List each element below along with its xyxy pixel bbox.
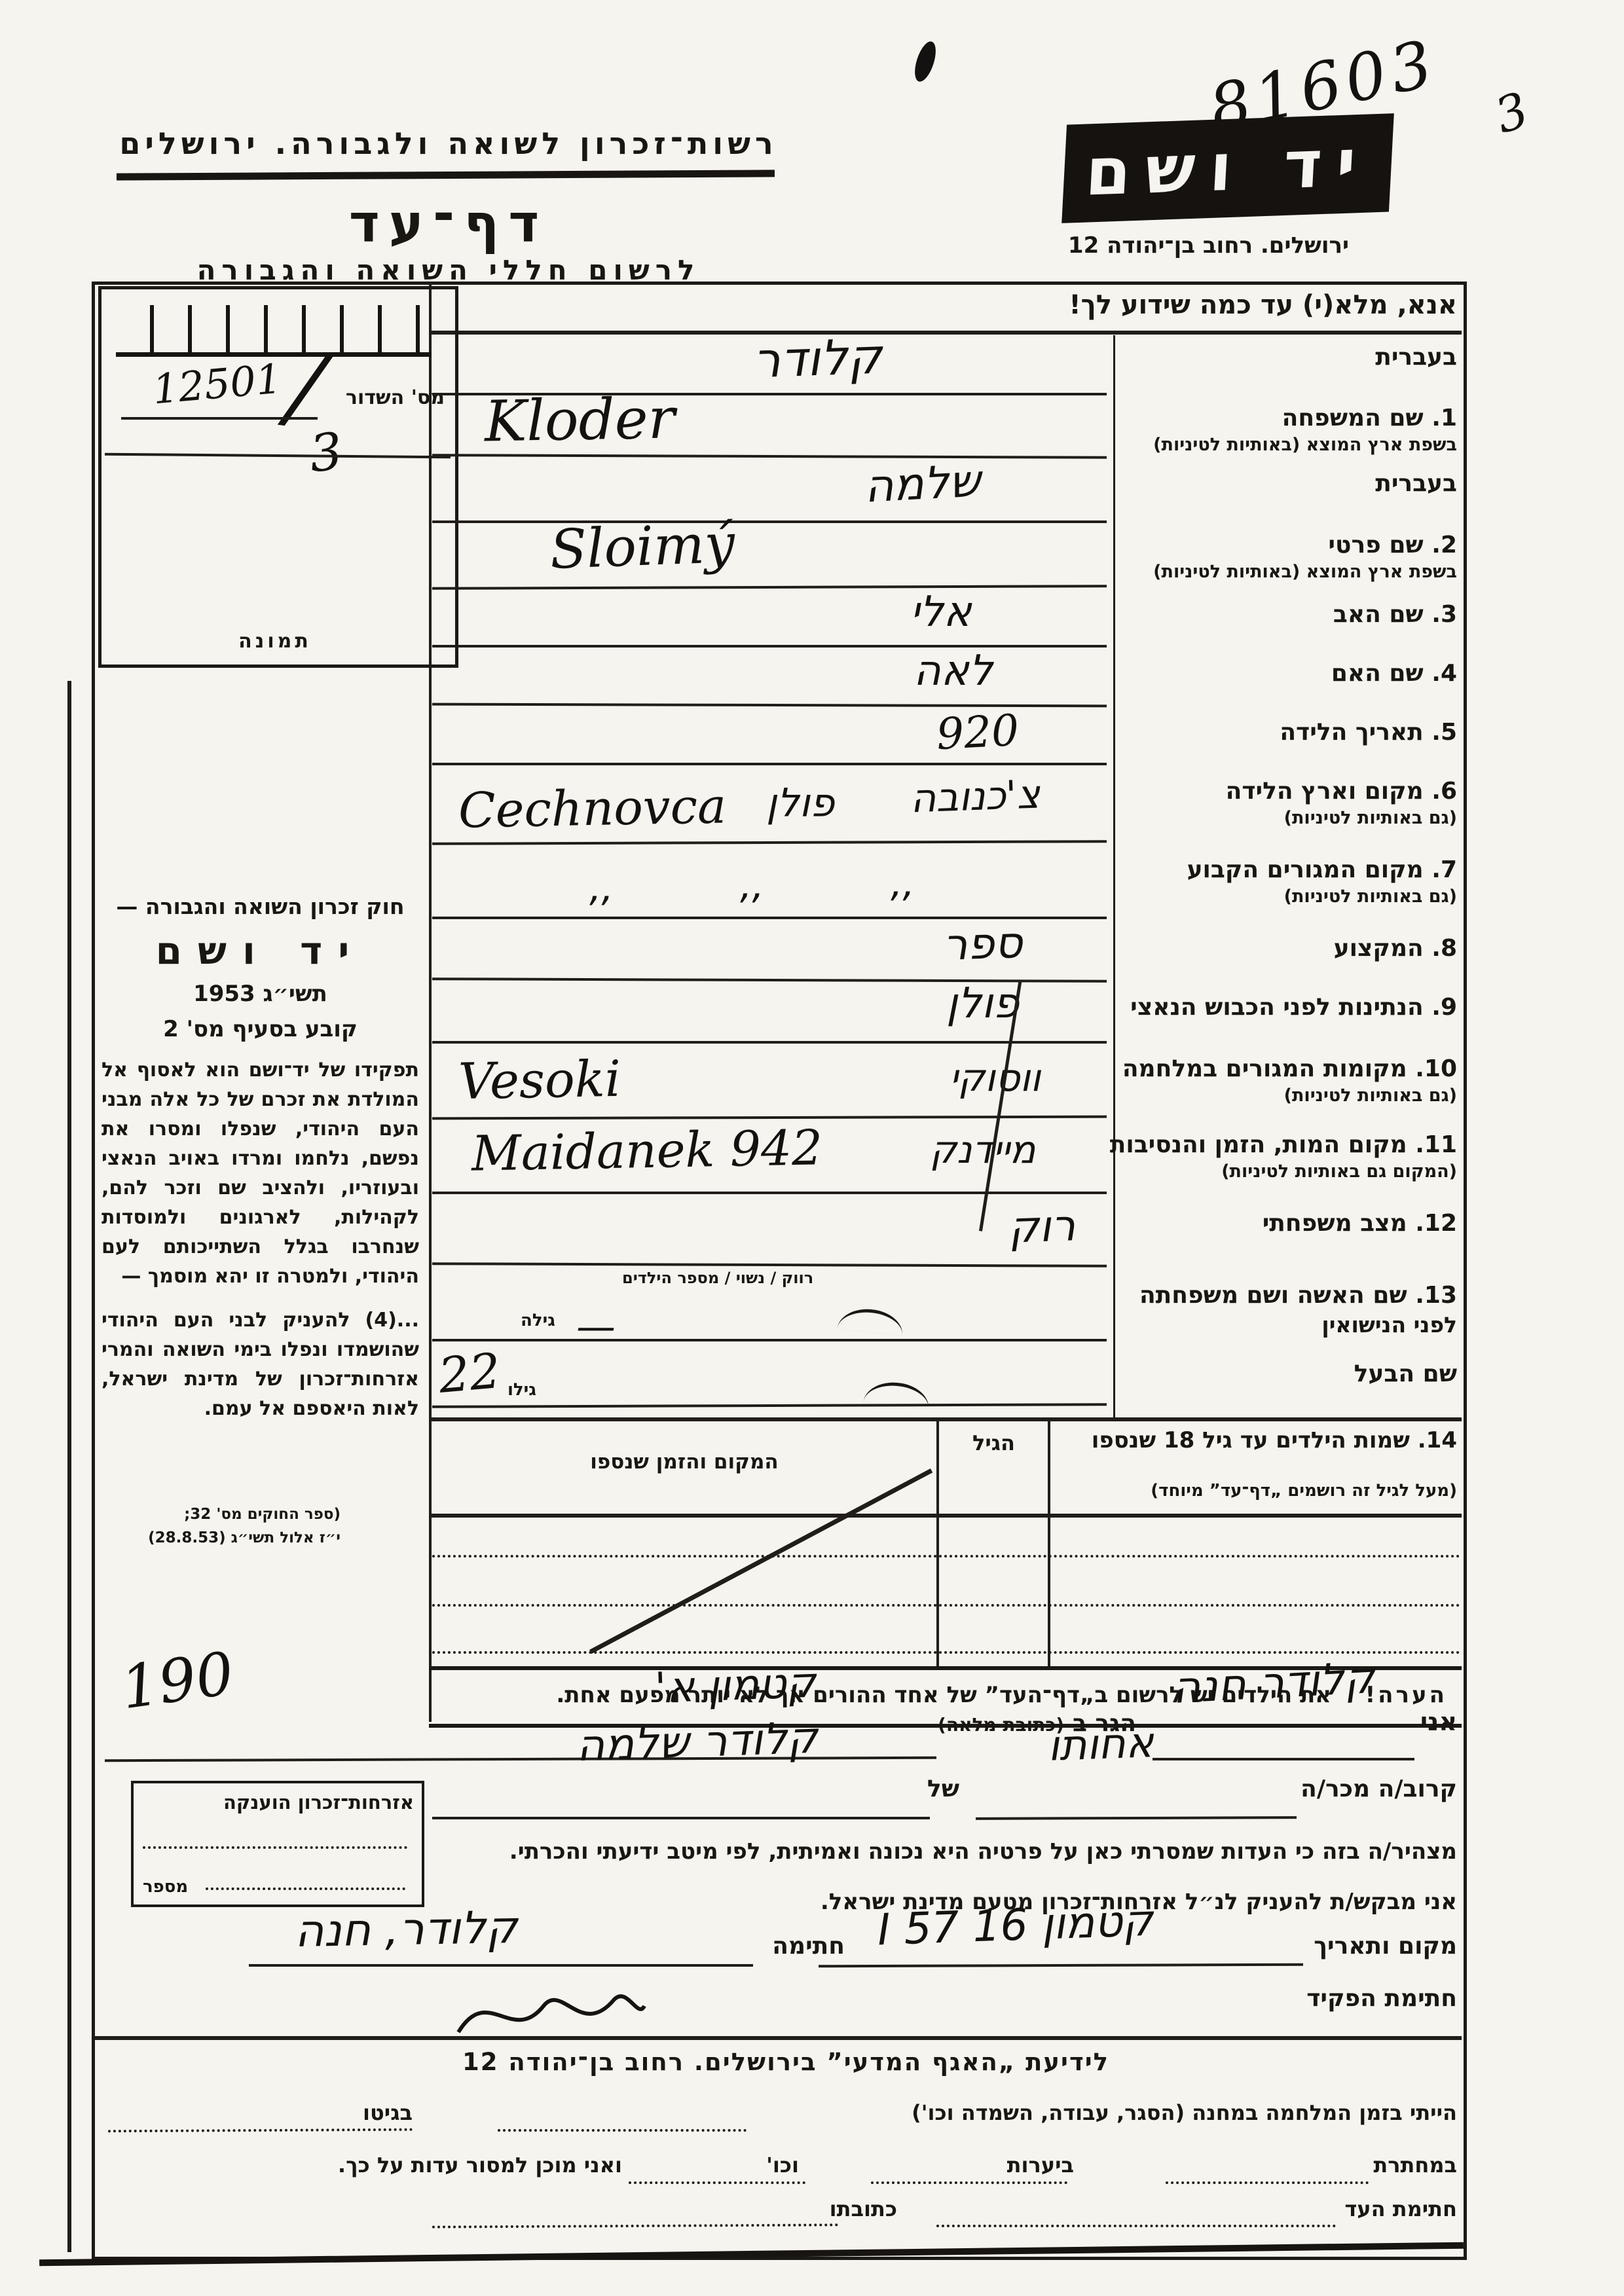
yad-vashem-logo: יד ושם <box>1061 113 1394 223</box>
registration-denominator-handwriting: 3 <box>306 422 345 484</box>
law-year: תשי״ג 1953 <box>98 981 422 1007</box>
table-top-rule <box>430 1417 1462 1421</box>
marital-status-handwriting: רוק <box>1008 1200 1077 1253</box>
declaration-line <box>432 1817 930 1819</box>
field-label-hebrew-1: בעברית <box>1375 344 1457 371</box>
field-sub-war-residences: (גם באותיות לטיניות) <box>1284 1085 1457 1106</box>
his-age-label: גילו <box>507 1380 536 1400</box>
table-vertical-2 <box>1048 1417 1050 1666</box>
law-name: יד ושם <box>98 928 422 973</box>
field-label-birthdate: 5. תאריך הלידה <box>1280 719 1457 746</box>
table-header-rule <box>430 1514 1462 1518</box>
label-column-rule <box>1113 335 1115 1417</box>
table-row-line <box>432 1604 1460 1607</box>
registration-line-2 <box>105 453 451 459</box>
granted-number-label: מספר <box>143 1877 188 1897</box>
granted-citizenship-box: אזרחות־זכרון הוענקה מספר <box>131 1781 424 1907</box>
law-body: תפקידו של יד־ושם הוא לאסוף אל המולדת את … <box>101 1055 419 1291</box>
firstname-latin-handwriting: Sloimý <box>549 513 735 581</box>
answer-line <box>432 520 1107 523</box>
table-vertical-1 <box>936 1417 939 1666</box>
marital-status-hint: רווק / נשוי / מספר הילדים <box>622 1269 813 1287</box>
signature-line <box>249 1964 753 1967</box>
declarant-name-handwriting: קלודר חנה <box>1171 1652 1376 1713</box>
ditto-mark: ,, <box>589 866 614 910</box>
declaration-statement: מצהיר/ה בזה כי העדות שמסרתי כאן על פרטיה… <box>509 1838 1457 1865</box>
law-body-block: תפקידו של יד־ושם הוא לאסוף אל המולדת את … <box>101 1055 419 1423</box>
place-date-label: מקום ותאריך <box>1314 1933 1457 1959</box>
logo-address: ירושלים. רחוב בן־יהודה 12 <box>1068 232 1349 259</box>
birthplace-hebrew-handwriting: צ'כנובה <box>910 772 1041 822</box>
field-label-wife-name: 13. שם האשה ושם משפחתה <box>1139 1282 1457 1309</box>
notice-etc-label: וכו' <box>766 2153 799 2178</box>
birthdate-handwriting: 920 <box>935 705 1020 759</box>
notice-blank <box>1166 2181 1369 2184</box>
notice-blank <box>936 2225 1336 2227</box>
form-title: דף־עד <box>111 193 786 254</box>
corner-mark-handwriting: 3 <box>1488 82 1535 145</box>
address-handwriting: קטמון א' <box>654 1659 817 1713</box>
granted-line <box>143 1846 407 1849</box>
notice-blank <box>629 2181 805 2184</box>
address-hint-label: (כתובת מלאה) <box>938 1714 1064 1736</box>
ink-blot <box>911 39 940 84</box>
war-residence-hebrew-handwriting: ווסוקי <box>950 1055 1041 1100</box>
field-label-profession: 8. המקצוע <box>1334 935 1457 962</box>
surname-latin-handwriting: Kloder <box>484 386 675 454</box>
registration-box: מס' השדור 12501 / 3 תמונה <box>98 286 458 668</box>
field-label-residence: 7. מקום המגורים הקבוע <box>1187 856 1457 883</box>
notice-forests-label: ביערות <box>1007 2153 1074 2178</box>
answer-line <box>432 1339 1107 1341</box>
notice-camp-label: הייתי בזמן המלחמה במחנה (הסגר, עבודה, הש… <box>912 2100 1457 2125</box>
field-label-citizenship: 9. הנתינות לפני הכבוש הנאצי <box>1130 994 1457 1021</box>
header-rule <box>117 170 775 180</box>
mother-name-handwriting: לאה <box>913 647 993 695</box>
signature-label: חתימה <box>772 1933 845 1959</box>
field-sub-family-name: בשפת ארץ המוצא (באותיות לטיניות) <box>1153 435 1457 455</box>
law-clause: ...(4) להעניק לבני העם היהודי שהושמדו ונ… <box>101 1305 419 1423</box>
war-residence-latin-handwriting: Vesoki <box>458 1049 621 1110</box>
his-age-handwriting: 22 <box>436 1343 502 1404</box>
registration-line-1 <box>121 417 318 420</box>
registration-number-label: מס' השדור <box>346 386 445 409</box>
notice-underground-label: במחתרת <box>1373 2153 1457 2178</box>
photo-label: תמונה <box>101 630 449 653</box>
field-label-hebrew-2: בעברית <box>1375 470 1457 497</box>
notice-blank <box>498 2129 747 2132</box>
notice-blank <box>871 2181 1067 2184</box>
citizenship-handwriting: פולן <box>946 979 1019 1028</box>
witness-address-label: כתובתו <box>830 2196 897 2221</box>
law-intro: חוק זכרון השואה והגבורה — <box>98 894 422 919</box>
notice-ready-testify-label: ואני מוכן למסור עדות על כך. <box>338 2153 622 2178</box>
field-sub-first-name: בשפת ארץ המוצא (באותיות לטיניות) <box>1153 562 1457 582</box>
field-label-birthplace: 6. מקום וארץ הלידה <box>1226 778 1457 805</box>
logo-text: יד ושם <box>1083 114 1373 221</box>
declaration-line <box>1153 1758 1414 1760</box>
ditto-mark: ,, <box>740 863 764 907</box>
law-reference-2: י״ז אלול תשי״ג (28.8.53) <box>148 1529 341 1546</box>
answer-line <box>432 1041 1107 1044</box>
relative-label: קרוב/ה מכר/ה <box>1301 1776 1457 1802</box>
answer-line <box>432 1192 1107 1194</box>
registration-number-handwriting: 12501 <box>151 355 284 414</box>
place-column-header: המקום והזמן שנספו <box>432 1450 936 1474</box>
field-sub-residence: (גם באותיות לטיניות) <box>1284 886 1457 907</box>
table-row-line <box>432 1555 1460 1558</box>
birthcountry-hebrew-handwriting: פולן <box>766 780 834 826</box>
law-reference-1: (ספר החוקים מס' 32; <box>184 1506 341 1523</box>
age-column-header: הגיל <box>940 1430 1048 1455</box>
field-label-family-name: 1. שם המשפחה <box>1282 405 1457 431</box>
place-date-handwriting: קטמון 16 I 57 <box>877 1895 1154 1956</box>
profession-handwriting: ספר <box>942 917 1024 970</box>
ditto-mark: ,, <box>891 861 915 905</box>
instruction-rule <box>430 331 1462 335</box>
birthplace-latin-handwriting: Cechnovca <box>458 778 727 839</box>
signature-handwriting: קלודר, חנה <box>294 1902 518 1958</box>
answer-line <box>432 645 1107 647</box>
death-place-latin-handwriting: Maidanek 942 <box>471 1120 823 1182</box>
granted-title: אזרחות־זכרון הוענקה <box>223 1791 414 1813</box>
of-label: של <box>927 1776 959 1802</box>
fill-instruction: אנא, מלא(י) עד כמה שידוע לך! <box>1069 290 1457 320</box>
notice-separator <box>95 2036 1462 2040</box>
scanned-testimony-page: 81603 3 רשות־זכרון לשואה ולגבורה. ירושלי… <box>0 0 1624 2296</box>
field-label-war-residences: 10. מקומות המגורים במלחמה <box>1122 1055 1457 1082</box>
answer-line <box>432 763 1107 765</box>
wife-name-dash-handwriting: — <box>576 1304 616 1350</box>
witness-signature-label: חתימת העד <box>1344 2196 1457 2221</box>
declarant-i-label: אני <box>1420 1707 1457 1736</box>
death-place-hebrew-handwriting: מיידנק <box>930 1127 1035 1172</box>
her-age-label: גילה <box>521 1311 555 1330</box>
clerk-signature-label: חתימת הפקיד <box>1306 1985 1457 2012</box>
firstname-hebrew-handwriting: שלמה <box>863 455 982 513</box>
relative-handwriting: אחותו <box>1047 1719 1154 1771</box>
father-name-handwriting: אלי <box>910 588 971 636</box>
field-label-first-name: 2. שם פרטי <box>1328 532 1457 558</box>
perforation-ticks <box>116 305 432 357</box>
field-label-wife-name-2: לפני הנישואין <box>1321 1312 1457 1338</box>
field-label-death-place: 11. מקום המות, הזמן והנסיבות <box>1110 1131 1457 1158</box>
field-sub-birthplace: (גם באותיות לטיניות) <box>1284 808 1457 828</box>
surname-hebrew-handwriting: קלודר <box>752 329 883 390</box>
children-table-subtitle: (מעל לגיל זה רושמים „דף־עד” מיוחד) <box>1151 1481 1457 1501</box>
field-label-mother: 4. שם האם <box>1331 660 1457 687</box>
children-table-title: 14. שמות הילדים עד גיל 18 שנספו <box>1092 1427 1457 1453</box>
victim-name-handwriting: קלודר שלמה <box>576 1713 819 1772</box>
granted-number-line <box>206 1887 405 1890</box>
field-sub-death-place: (המקום גם באותיות לטיניות) <box>1221 1161 1457 1182</box>
table-row-line <box>432 1651 1460 1654</box>
notice-title: לידיעת „האגף המדעי” בירושלים. רחוב בן־יה… <box>262 2048 1310 2076</box>
field-label-husband-name: שם הבעל <box>1354 1360 1457 1387</box>
field-label-father: 3. שם האב <box>1333 601 1457 628</box>
law-section: קובע בסעיף מס' 2 <box>98 1016 422 1042</box>
note-title: הערה! <box>1365 1682 1447 1708</box>
authority-title: רשות־זכרון לשואה ולגבורה. ירושלים <box>111 126 786 161</box>
field-label-marital-status: 12. מצב משפחתי <box>1263 1210 1457 1237</box>
notice-ghetto-label: בגיטו <box>363 2100 413 2125</box>
left-margin-double-line <box>67 681 71 2252</box>
